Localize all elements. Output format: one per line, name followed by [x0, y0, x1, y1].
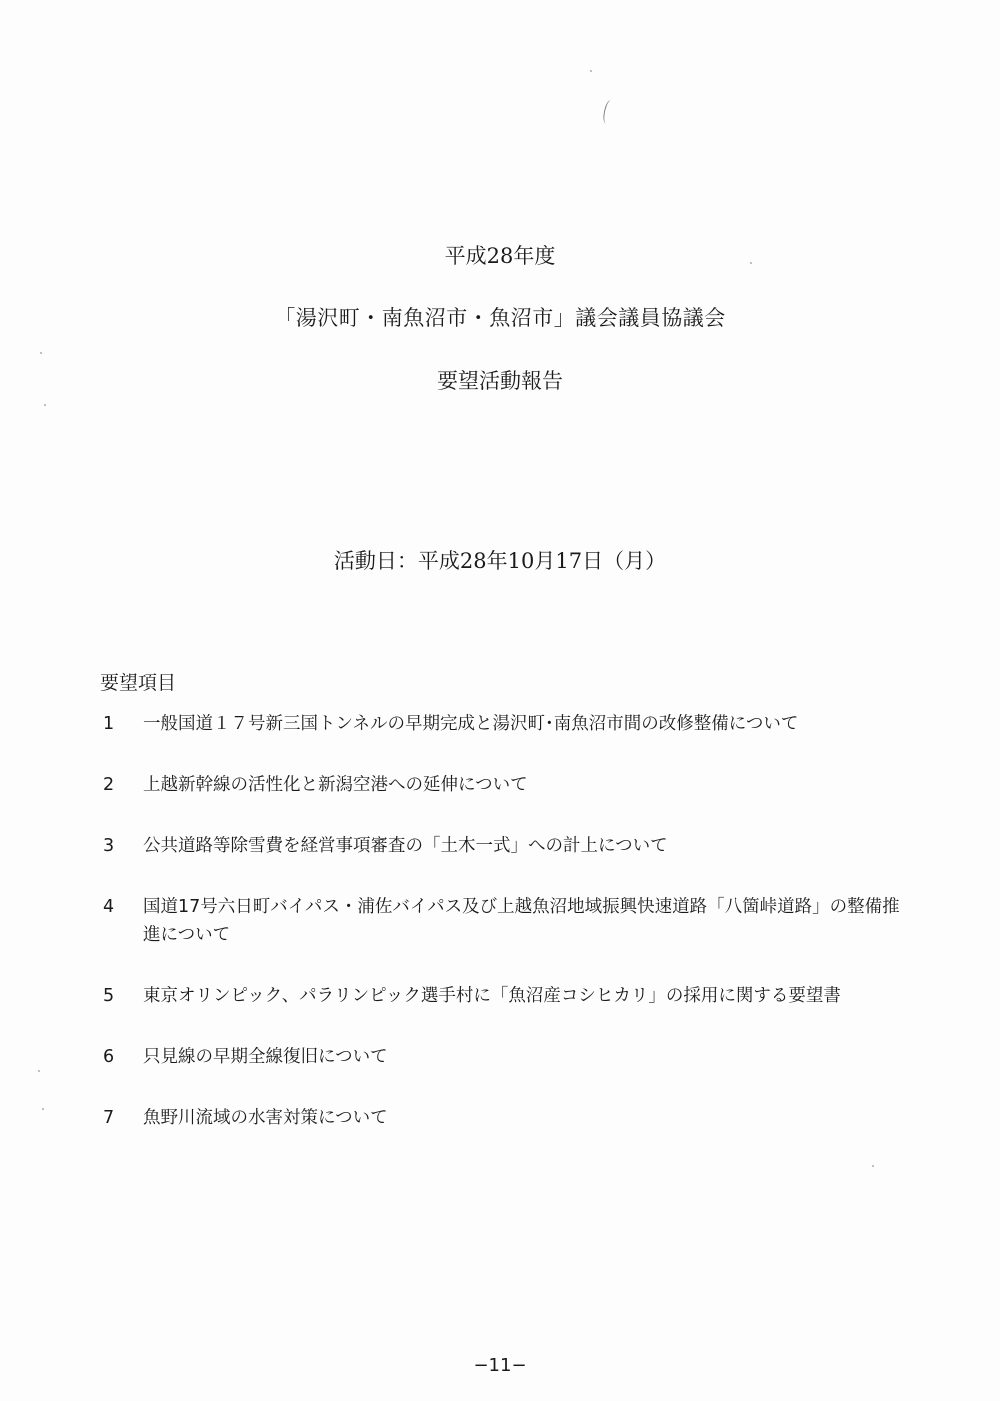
scan-speck	[750, 262, 752, 264]
scan-speck	[872, 1165, 874, 1167]
page-number: −11−	[0, 1355, 1000, 1376]
title-fiscal-year: 平成28年度	[0, 240, 1000, 270]
request-text: 公共道路等除雪費を経営事項審査の「土木一式」への計上について	[143, 832, 920, 860]
scan-speck	[38, 1070, 40, 1072]
activity-date: 活動日：平成28年10月17日（月）	[0, 545, 1000, 575]
title-council-name: 「湯沢町・南魚沼市・魚沼市」議会議員協議会	[0, 302, 1000, 332]
request-number: 2	[100, 771, 143, 799]
request-item: 1 一般国道１７号新三国トンネルの早期完成と湯沢町･南魚沼市間の改修整備について	[100, 710, 920, 738]
document-page: 平成28年度 「湯沢町・南魚沼市・魚沼市」議会議員協議会 要望活動報告 活動日：…	[0, 0, 1000, 1401]
request-text: 国道17号六日町バイパス・浦佐バイパス及び上越魚沼地域振興快速道路「八箇峠道路」…	[143, 893, 920, 949]
request-item: 4 国道17号六日町バイパス・浦佐バイパス及び上越魚沼地域振興快速道路「八箇峠道…	[100, 893, 920, 949]
request-number: 7	[100, 1104, 143, 1132]
request-item: 7 魚野川流域の水害対策について	[100, 1104, 920, 1132]
request-text: 上越新幹線の活性化と新潟空港への延伸について	[143, 771, 920, 799]
request-item: 5 東京オリンピック、パラリンピック選手村に「魚沼産コシヒカリ」の採用に関する要…	[100, 982, 920, 1010]
request-item: 2 上越新幹線の活性化と新潟空港への延伸について	[100, 771, 920, 799]
request-number: 4	[100, 893, 143, 921]
request-number: 1	[100, 710, 143, 738]
scan-speck	[590, 70, 592, 72]
request-number: 5	[100, 982, 143, 1010]
request-text: 東京オリンピック、パラリンピック選手村に「魚沼産コシヒカリ」の採用に関する要望書	[143, 982, 920, 1010]
requests-heading: 要望項目	[100, 668, 176, 695]
scan-speck	[42, 1108, 44, 1110]
title-report: 要望活動報告	[0, 365, 1000, 395]
scan-speck	[40, 352, 42, 354]
scan-mark	[602, 99, 616, 124]
request-number: 6	[100, 1043, 143, 1071]
request-item: 3 公共道路等除雪費を経営事項審査の「土木一式」への計上について	[100, 832, 920, 860]
request-text: 魚野川流域の水害対策について	[143, 1104, 920, 1132]
request-number: 3	[100, 832, 143, 860]
requests-list: 1 一般国道１７号新三国トンネルの早期完成と湯沢町･南魚沼市間の改修整備について…	[100, 710, 920, 1165]
scan-speck	[44, 404, 46, 406]
request-item: 6 只見線の早期全線復旧について	[100, 1043, 920, 1071]
request-text: 一般国道１７号新三国トンネルの早期完成と湯沢町･南魚沼市間の改修整備について	[143, 710, 920, 738]
request-text: 只見線の早期全線復旧について	[143, 1043, 920, 1071]
